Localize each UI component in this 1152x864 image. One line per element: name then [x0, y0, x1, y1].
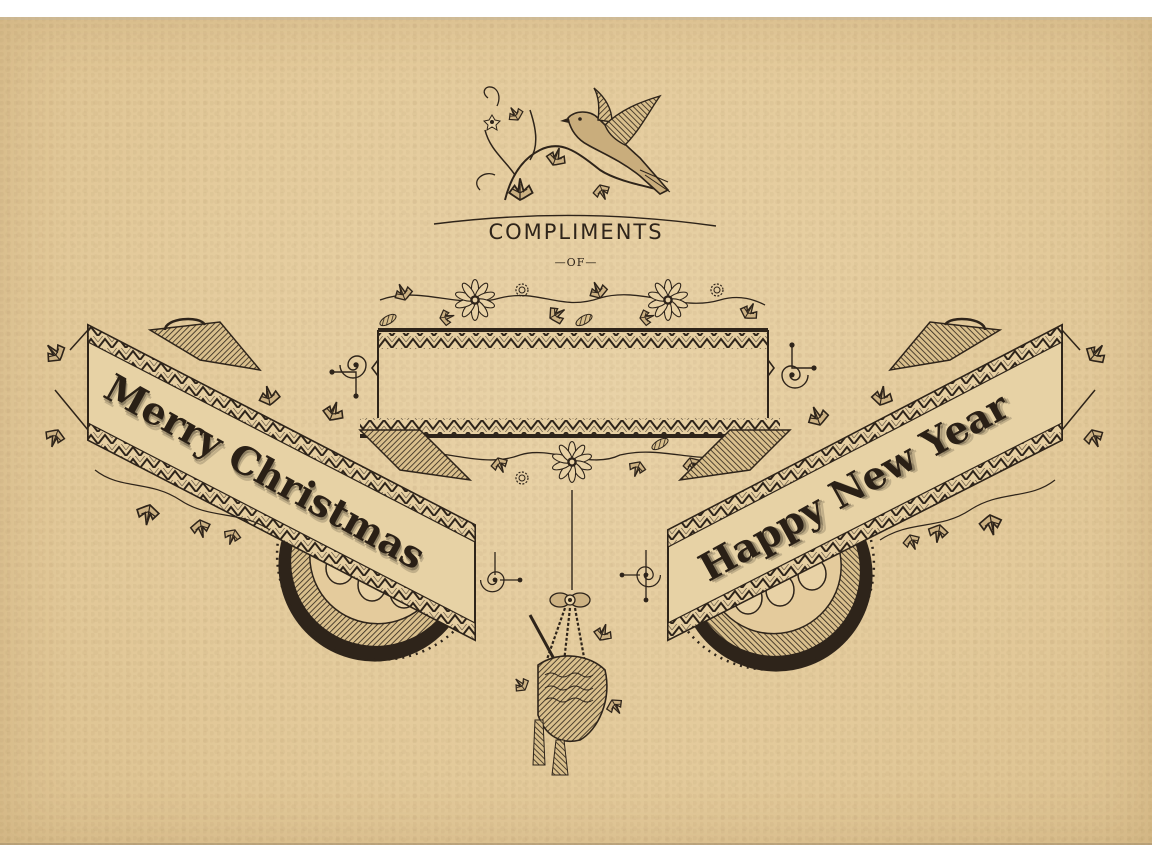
hanging-tasseled-bag-illustration [510, 490, 626, 775]
bird-on-branch-illustration [477, 87, 670, 203]
name-plaque-blank [385, 340, 765, 410]
compliments-heading: COMPLIMENTS [0, 220, 1152, 244]
of-subheading: —OF— [0, 256, 1152, 269]
